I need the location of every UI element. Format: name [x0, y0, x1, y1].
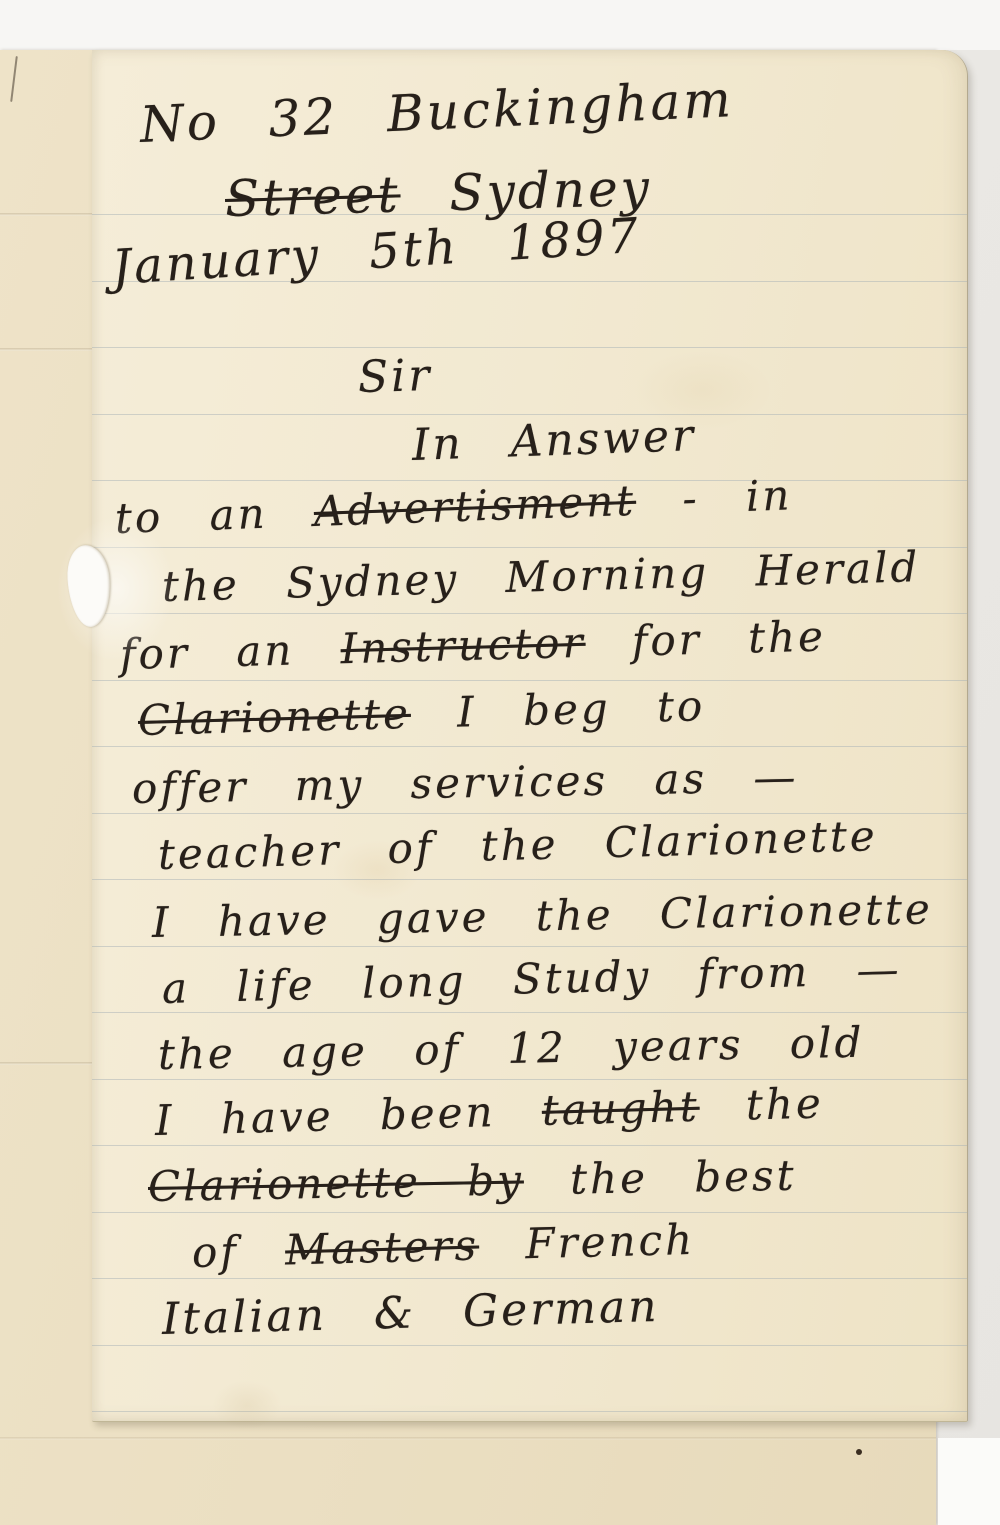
letter-line-body-line-12: Clarionette by the best	[148, 1151, 797, 1211]
letter-line-body-line-11: I have been taught the	[154, 1078, 824, 1144]
handwriting-segment: the	[699, 1078, 824, 1130]
handwriting-segment: I have gave the Clarionette	[152, 884, 934, 947]
scanner-background-top	[0, 0, 1000, 50]
handwriting-segment: for the	[585, 612, 827, 667]
handwriting-segment: In Answer	[411, 410, 697, 471]
scanner-background-corner	[938, 1438, 1000, 1525]
handwriting-segment: a life long Study from —	[161, 945, 902, 1013]
letter-line-body-line-1: In Answer	[411, 410, 697, 471]
handwritten-text: No 32 BuckinghamStreet SydneyJanuary 5th…	[92, 50, 967, 1421]
ink-speck	[856, 1449, 862, 1455]
letter-line-body-line-6: offer my services as —	[132, 752, 799, 813]
struck-word: Clarionette by	[148, 1155, 525, 1211]
handwriting-segment: - in	[635, 470, 793, 524]
letter-line-body-line-14: Italian & German	[161, 1281, 660, 1345]
letter-line-body-line-10: the age of 12 years old	[158, 1018, 865, 1079]
struck-word: Masters	[285, 1220, 480, 1274]
handwriting-segment: I beg to	[410, 681, 706, 738]
handwriting-segment: Sir	[357, 350, 433, 403]
letter-line-body-line-3: the Sydney Morning Herald	[161, 542, 921, 611]
handwriting-segment: Italian & German	[161, 1281, 660, 1345]
letter-line-body-line-13: of Masters French	[191, 1215, 695, 1277]
handwriting-segment: French	[478, 1215, 695, 1270]
letter-line-body-line-8: I have gave the Clarionette	[152, 884, 934, 947]
letter-line-body-line-2: to an Advertisment - in	[114, 470, 793, 543]
letter-line-body-line-4: for an Instructor for the	[119, 612, 826, 679]
handwriting-segment: the best	[523, 1151, 796, 1205]
struck-word: taught	[541, 1082, 700, 1135]
handwriting-segment: offer my services as —	[132, 752, 799, 813]
letter-line-address-line-1: No 32 Buckingham	[139, 70, 735, 154]
letter-line-body-line-5: Clarionette I beg to	[137, 681, 705, 745]
handwriting-segment: teacher of the Clarionette	[157, 811, 878, 879]
letter-line-body-line-7: teacher of the Clarionette	[157, 811, 878, 879]
handwriting-segment: the age of 12 years old	[158, 1018, 865, 1079]
struck-word: Clarionette	[137, 689, 411, 745]
handwriting-segment: of	[191, 1226, 285, 1277]
handwriting-segment: No 32 Buckingham	[139, 70, 735, 154]
handwriting-segment: I have been	[154, 1086, 542, 1145]
scanned-letter-page: No 32 BuckinghamStreet SydneyJanuary 5th…	[0, 0, 1000, 1525]
paper-crease	[0, 1437, 936, 1440]
letter-sheet: No 32 BuckinghamStreet SydneyJanuary 5th…	[92, 50, 968, 1422]
struck-word: Street	[224, 165, 401, 228]
paper-crease	[0, 213, 92, 216]
struck-word: Instructor	[340, 618, 586, 673]
letter-line-body-line-9: a life long Study from —	[161, 945, 902, 1013]
handwriting-segment: the Sydney Morning Herald	[161, 542, 921, 611]
letter-line-salutation: Sir	[357, 350, 433, 403]
paper-crease	[0, 348, 92, 351]
struck-word: Advertisment	[313, 476, 637, 536]
paper-crease	[0, 1062, 92, 1065]
